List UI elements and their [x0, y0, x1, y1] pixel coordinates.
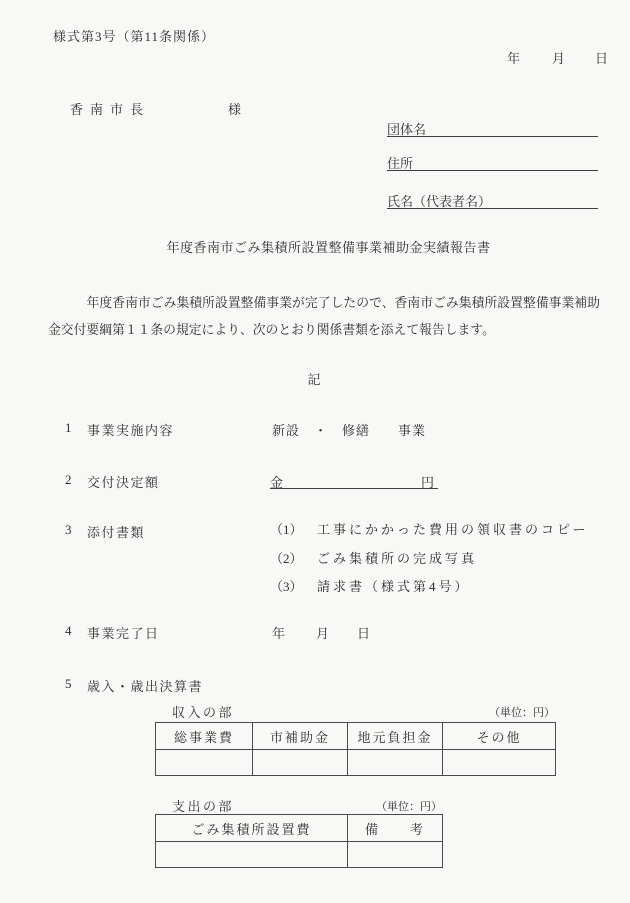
attachment-list: （1） 工事にかかった費用の領収書のコピー （2） ごみ集積所の完成写真 （3）… — [270, 523, 588, 609]
revenue-header-city-subsidy: 市補助金 — [253, 723, 348, 750]
field-organization-label: 団体名 — [387, 122, 426, 137]
amount-blank[interactable]: 金 円 — [270, 472, 438, 489]
item-grant-amount: 2 交付決定額 金 円 — [65, 472, 630, 490]
item-label: 事業完了日 — [87, 623, 160, 642]
revenue-header-row: 総事業費 市補助金 地元負担金 その他 — [156, 723, 556, 750]
attachment-marker: （3） — [270, 580, 317, 594]
revenue-unit-note: （単位：円） — [489, 704, 555, 720]
item-label: 交付決定額 — [87, 472, 160, 491]
item-attached-documents: 3 添付書類 （1） 工事にかかった費用の領収書のコピー （2） ごみ集積所の完… — [65, 522, 630, 612]
date-day-label: 日 — [595, 51, 608, 66]
document-title: 年度香南市ごみ集積所設置整備事業補助金実績報告書 — [0, 237, 630, 256]
revenue-table: 総事業費 市補助金 地元負担金 その他 — [155, 722, 556, 776]
expense-data-row — [156, 842, 443, 868]
attachment-text: ごみ集積所の完成写真 — [317, 552, 477, 566]
field-representative-label: 氏名（代表者名） — [387, 194, 491, 209]
form-number: 様式第3号（第11条関係） — [53, 26, 215, 45]
expense-header-row: ごみ集積所設置費 備 考 — [156, 815, 443, 842]
record-marker: 記 — [0, 369, 630, 388]
attachment-marker: （1） — [270, 523, 317, 537]
revenue-cell-city-subsidy[interactable] — [253, 750, 348, 776]
revenue-data-row — [156, 750, 556, 776]
expense-cell-installation-cost[interactable] — [156, 842, 348, 868]
item-label: 事業実施内容 — [87, 420, 174, 439]
recipient-name: 香南市長 — [70, 102, 150, 117]
revenue-header-local-burden: 地元負担金 — [348, 723, 443, 750]
field-representative-name[interactable]: 氏名（代表者名） — [387, 191, 598, 209]
item-completion-date: 4 事業完了日 年月日 — [65, 623, 630, 641]
revenue-cell-other[interactable] — [443, 750, 556, 776]
expense-unit-note: （単位：円） — [376, 798, 442, 814]
expense-header-remarks: 備 考 — [348, 815, 443, 842]
date-year-label: 年 — [507, 51, 520, 66]
item-number: 2 — [65, 472, 72, 488]
expense-section-label: 支出の部 — [172, 796, 234, 815]
completion-year-label: 年 — [272, 626, 285, 641]
item-number: 3 — [65, 522, 72, 538]
amount-prefix-label: 金 — [270, 472, 283, 488]
amount-suffix-label: 円 — [421, 472, 434, 488]
recipient-line: 香南市長 様 — [70, 99, 150, 118]
item-project-content: 1 事業実施内容 新設 ・ 修繕 事業 — [65, 420, 630, 438]
body-paragraph: 年度香南市ごみ集積所設置整備事業が完了したので、香南市ごみ集積所設置整備事業補助… — [48, 290, 600, 344]
field-organization-name[interactable]: 団体名 — [387, 119, 598, 137]
item-label: 歳入・歳出決算書 — [87, 676, 203, 695]
revenue-header-other: その他 — [443, 723, 556, 750]
attachment-item: （1） 工事にかかった費用の領収書のコピー — [270, 523, 588, 537]
revenue-cell-local-burden[interactable] — [348, 750, 443, 776]
expense-header-installation-cost: ごみ集積所設置費 — [156, 815, 348, 842]
date-line: 年月日 — [507, 48, 608, 67]
expense-table: ごみ集積所設置費 備 考 — [155, 814, 443, 868]
date-month-label: 月 — [552, 51, 565, 66]
attachment-marker: （2） — [270, 552, 317, 566]
recipient-honorific: 様 — [228, 99, 241, 118]
completion-date-blank[interactable]: 年月日 — [272, 623, 370, 642]
completion-day-label: 日 — [357, 626, 370, 641]
item-project-type-options: 新設 ・ 修繕 事業 — [272, 420, 426, 439]
attachment-text: 工事にかかった費用の領収書のコピー — [317, 523, 588, 537]
attachment-item: （2） ごみ集積所の完成写真 — [270, 552, 588, 566]
revenue-section-label: 収入の部 — [172, 702, 234, 721]
item-label: 添付書類 — [87, 522, 145, 541]
attachment-item: （3） 請求書（様式第4号） — [270, 580, 588, 594]
document-page: 様式第3号（第11条関係） 年月日 香南市長 様 団体名 住所 氏名（代表者名）… — [0, 0, 630, 903]
item-number: 4 — [65, 623, 72, 639]
field-address-label: 住所 — [387, 156, 413, 171]
revenue-cell-total-cost[interactable] — [156, 750, 253, 776]
expense-cell-remarks[interactable] — [348, 842, 443, 868]
completion-month-label: 月 — [316, 626, 329, 641]
item-number: 1 — [65, 420, 72, 436]
revenue-header-total-cost: 総事業費 — [156, 723, 253, 750]
item-number: 5 — [65, 676, 72, 692]
item-settlement-statement: 5 歳入・歳出決算書 — [65, 676, 630, 694]
attachment-text: 請求書（様式第4号） — [317, 580, 471, 594]
field-address[interactable]: 住所 — [387, 153, 598, 171]
